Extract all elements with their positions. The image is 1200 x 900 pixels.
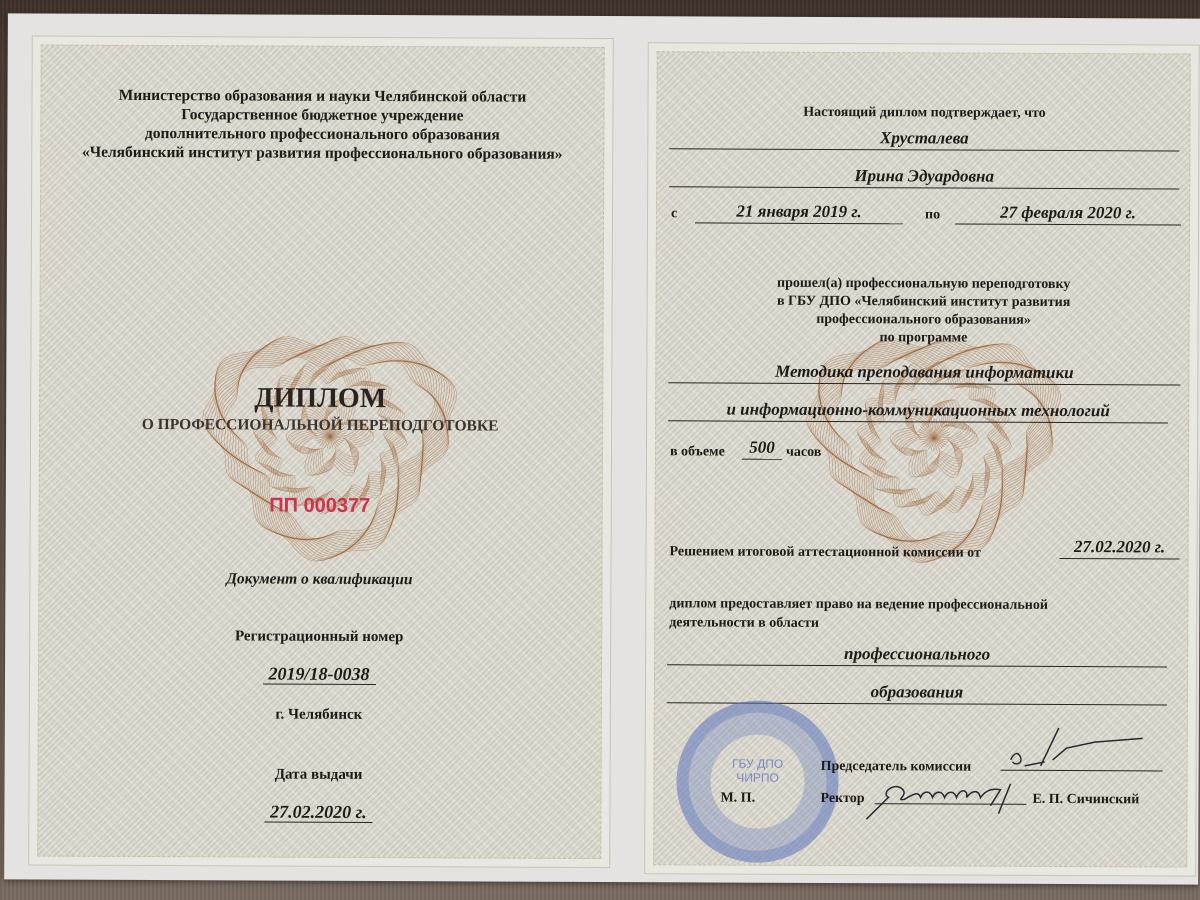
- to-date-line: 27 февраля 2020 г.: [955, 202, 1181, 226]
- body-line-3: профессионального образования»: [657, 310, 1191, 330]
- chair-signature-icon: [1005, 722, 1165, 773]
- serial-number: ПП 000377: [40, 494, 600, 519]
- field-part-1: профессионального: [667, 643, 1167, 665]
- rights-statement: диплом предоставляет право на ведение пр…: [669, 594, 1048, 634]
- surname: Хрусталева: [669, 127, 1179, 149]
- volume-label: в объеме: [670, 444, 725, 460]
- header-line-institution-name: «Челябинский институт развития профессио…: [41, 143, 603, 164]
- commission-date: 27.02.2020 г.: [1060, 537, 1180, 558]
- diploma-content-page: Настоящий диплом подтверждает, что Хруст…: [644, 42, 1200, 876]
- official-stamp-icon: ГБУ ДПО ЧИРПО: [676, 700, 839, 863]
- registration-number-value: 2019/18-0038: [262, 664, 375, 685]
- surname-line: Хрусталева: [669, 126, 1179, 151]
- registration-label: Регистрационный номер: [39, 628, 599, 647]
- confirmation-intro: Настоящий диплом подтверждает, что: [657, 104, 1190, 122]
- document-type: Документ о квалификации: [39, 570, 599, 590]
- from-date: 21 января 2019 г.: [695, 201, 903, 222]
- diploma-title: ДИПЛОМ: [40, 382, 600, 416]
- registration-number: 2019/18-0038: [39, 663, 599, 686]
- from-label: с: [671, 206, 677, 222]
- left-page-security-background: Министерство образования и науки Челябин…: [37, 45, 605, 859]
- body-line-4: по программе: [656, 328, 1190, 348]
- program-name-part-2: и информационно-коммуникационных техноло…: [668, 399, 1168, 421]
- rector-label: Ректор: [820, 791, 864, 807]
- volume-hours: 500: [742, 438, 782, 458]
- header-line-institution-type: Государственное бюджетное учреждение: [41, 105, 603, 126]
- issuer-header: Министерство образования и науки Челябин…: [41, 86, 603, 164]
- name-patronymic: Ирина Эдуардовна: [669, 165, 1179, 187]
- guilloche-rosette-icon: [179, 301, 480, 572]
- city: г. Челябинск: [39, 706, 599, 725]
- stamp-text: ГБУ ДПО ЧИРПО: [679, 756, 837, 785]
- commission-label: Решением итоговой аттестационной комисси…: [670, 544, 981, 561]
- program-name-part-1: Методика преподавания информатики: [668, 361, 1180, 383]
- volume-line: 500: [742, 437, 782, 460]
- issue-date-label: Дата выдачи: [39, 766, 599, 785]
- from-date-line: 21 января 2019 г.: [695, 200, 903, 224]
- program-line-1: Методика преподавания информатики: [668, 360, 1180, 385]
- commission-date-line: 27.02.2020 г.: [1060, 536, 1180, 560]
- rights-line-2: деятельности в области: [669, 613, 1048, 634]
- diploma-subtitle: О ПРОФЕССИОНАЛЬНОЙ ПЕРЕПОДГОТОВКЕ: [40, 416, 600, 436]
- field-line-1: профессионального: [667, 642, 1167, 667]
- rights-line-1: диплом предоставляет право на ведение пр…: [669, 594, 1048, 615]
- hours-label: часов: [786, 445, 821, 461]
- name-line: Ирина Эдуардовна: [669, 164, 1179, 189]
- program-description: прошел(а) профессиональную переподготовк…: [656, 274, 1190, 348]
- issue-date-value: 27.02.2020 г.: [264, 802, 373, 823]
- program-line-2: и информационно-коммуникационных техноло…: [668, 398, 1168, 423]
- stamp-line-2: ЧИРПО: [679, 770, 837, 785]
- header-line-ministry: Министерство образования и науки Челябин…: [41, 86, 603, 107]
- body-line-2: в ГБУ ДПО «Челябинский институт развития: [657, 292, 1191, 312]
- diploma-cover-page: Министерство образования и науки Челябин…: [28, 36, 614, 869]
- field-part-2: образования: [667, 681, 1167, 703]
- diploma-spread: Министерство образования и науки Челябин…: [4, 13, 1200, 884]
- stamp-line-1: ГБУ ДПО: [679, 756, 837, 771]
- body-line-1: прошел(а) профессиональную переподготовк…: [657, 274, 1191, 294]
- to-date: 27 февраля 2020 г.: [955, 203, 1181, 224]
- rector-name: Е. П. Сичинский: [1032, 792, 1139, 808]
- right-page-security-background: Настоящий диплом подтверждает, что Хруст…: [653, 51, 1191, 867]
- rector-signature-icon: [860, 769, 1040, 826]
- seal-label: М. П.: [720, 791, 755, 807]
- to-label: по: [925, 207, 940, 223]
- header-line-education-type: дополнительного профессионального образо…: [41, 124, 603, 145]
- issue-date: 27.02.2020 г.: [38, 801, 598, 824]
